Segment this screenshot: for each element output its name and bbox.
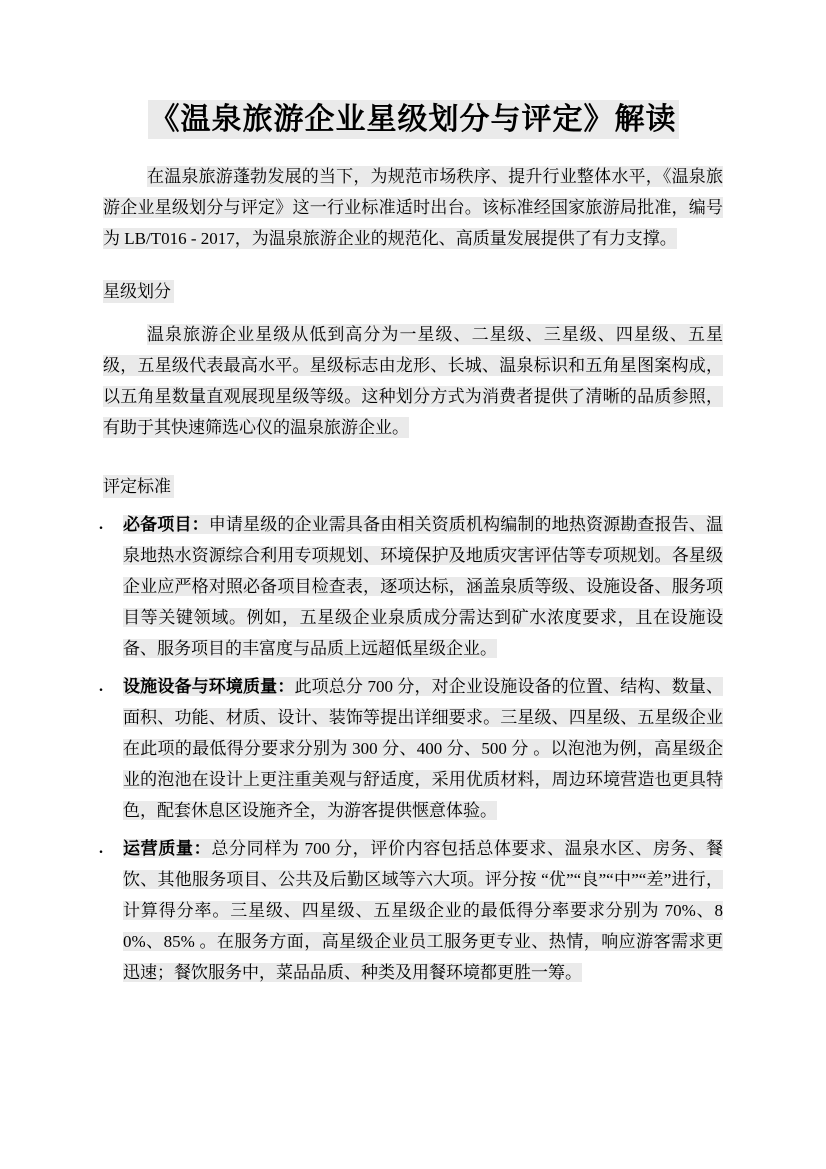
document-title: 《温泉旅游企业星级划分与评定》解读: [103, 0, 723, 143]
list-item-facilities-environment: .设施设备与环境质量：此项总分 700 分，对企业设施设备的位置、结构、数量、面…: [103, 671, 723, 826]
star-classification-paragraph-text: 温泉旅游企业星级从低到高分为一星级、二星级、三星级、四星级、五星级，五星级代表最…: [103, 324, 723, 438]
evaluation-criteria-list: .必备项目：申请星级的企业需具备由相关资质机构编制的地热资源勘查报告、温泉地热水…: [103, 509, 723, 988]
intro-paragraph-text: 在温泉旅游蓬勃发展的当下，为规范市场秩序、提升行业整体水平，《温泉旅游企业星级划…: [103, 166, 723, 249]
list-item-facilities-environment-content: 设施设备与环境质量：此项总分 700 分，对企业设施设备的位置、结构、数量、面积…: [123, 677, 723, 820]
bullet-dot-icon: .: [99, 833, 103, 864]
bullet-dot-icon: .: [99, 671, 103, 702]
bullet-dot-icon: .: [99, 509, 103, 540]
document-title-text: 《温泉旅游企业星级划分与评定》解读: [148, 100, 679, 139]
section-heading-evaluation-criteria-text: 评定标准: [103, 475, 174, 498]
list-item-required-items-label: 必备项目：: [123, 515, 209, 534]
section-heading-evaluation-criteria: 评定标准: [103, 471, 723, 502]
list-item-required-items-content: 必备项目：申请星级的企业需具备由相关资质机构编制的地热资源勘查报告、温泉地热水资…: [123, 515, 723, 658]
document-content: 《温泉旅游企业星级划分与评定》解读 在温泉旅游蓬勃发展的当下，为规范市场秩序、提…: [0, 0, 826, 988]
list-item-operation-quality-label: 运营质量：: [123, 839, 211, 858]
list-item-facilities-environment-text: 此项总分 700 分，对企业设施设备的位置、结构、数量、面积、功能、材质、设计、…: [123, 677, 723, 820]
section-heading-star-classification: 星级划分: [103, 276, 723, 307]
intro-paragraph: 在温泉旅游蓬勃发展的当下，为规范市场秩序、提升行业整体水平，《温泉旅游企业星级划…: [103, 161, 723, 254]
section-heading-star-classification-text: 星级划分: [103, 280, 174, 303]
list-item-operation-quality-content: 运营质量：总分同样为 700 分，评价内容包括总体要求、温泉水区、房务、餐饮、其…: [123, 839, 723, 982]
document-page: 《温泉旅游企业星级划分与评定》解读 在温泉旅游蓬勃发展的当下，为规范市场秩序、提…: [0, 0, 826, 1169]
list-item-operation-quality: .运营质量：总分同样为 700 分，评价内容包括总体要求、温泉水区、房务、餐饮、…: [103, 833, 723, 988]
list-item-required-items: .必备项目：申请星级的企业需具备由相关资质机构编制的地热资源勘查报告、温泉地热水…: [103, 509, 723, 664]
list-item-facilities-environment-label: 设施设备与环境质量：: [123, 677, 294, 696]
list-item-required-items-text: 申请星级的企业需具备由相关资质机构编制的地热资源勘查报告、温泉地热水资源综合利用…: [123, 515, 723, 658]
star-classification-paragraph: 温泉旅游企业星级从低到高分为一星级、二星级、三星级、四星级、五星级，五星级代表最…: [103, 319, 723, 443]
list-item-operation-quality-text: 总分同样为 700 分，评价内容包括总体要求、温泉水区、房务、餐饮、其他服务项目…: [123, 839, 723, 982]
